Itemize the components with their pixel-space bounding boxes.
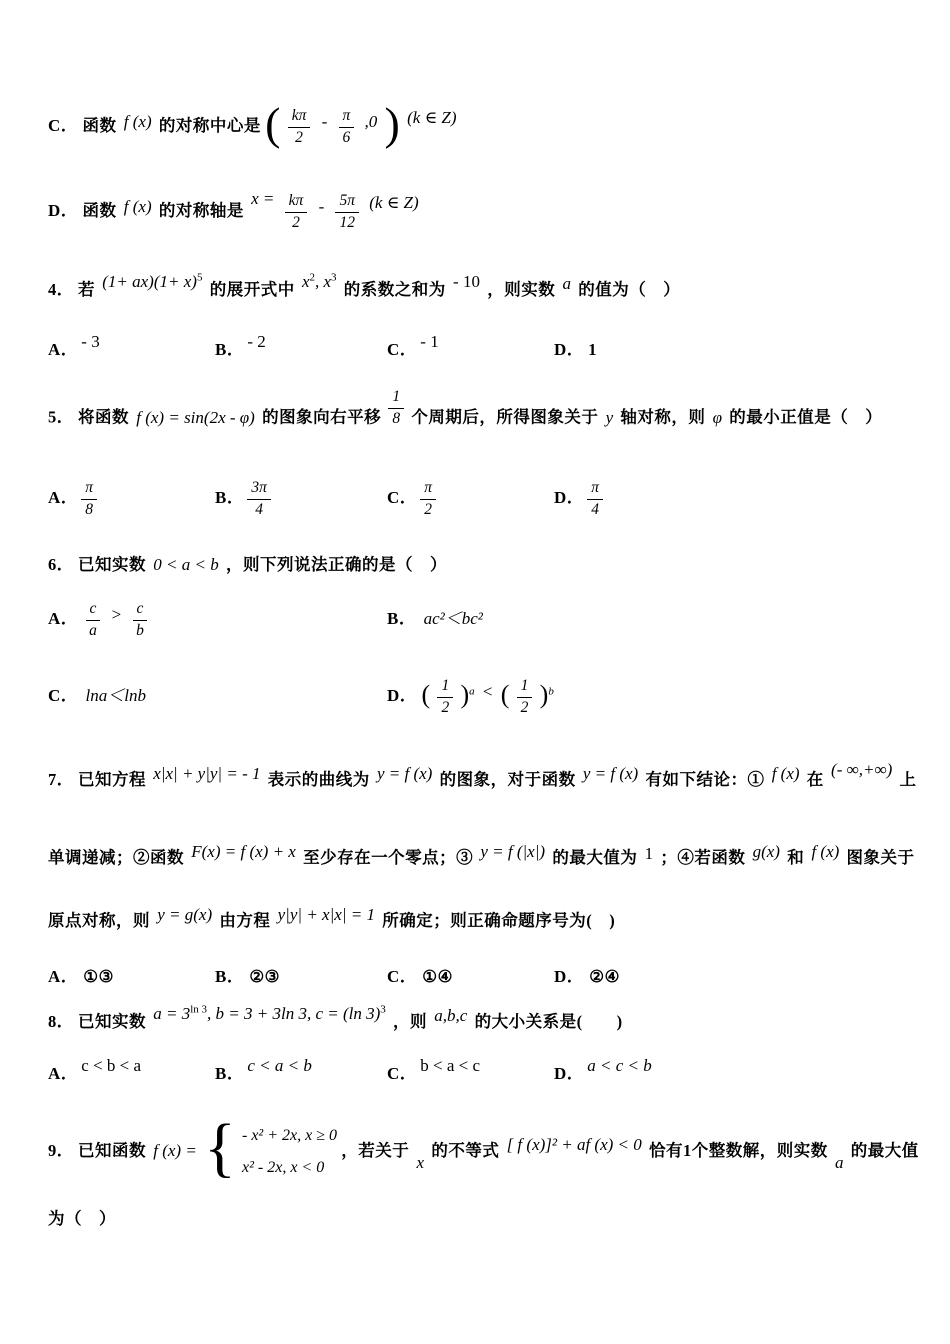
question-9-stem: 9． 已知函数 f (x) = { - x² + 2x, x ≥ 0 x² - … [48, 1110, 919, 1192]
option-b: B．②③ [215, 962, 280, 992]
stem-text: 的最大值 [851, 1141, 919, 1160]
math-inequality: 0 < a < b [153, 555, 218, 574]
math-expression: ac²＜bc² [424, 609, 483, 628]
option-c: C． lna＜lnb [48, 666, 149, 726]
question-3-option-d: D． 函数 f (x) 的对称轴是 x = kπ2 - 5π12 (k ∈ Z) [48, 180, 422, 242]
left-paren: ( [265, 98, 280, 149]
stem-text: ，则 [393, 1012, 427, 1031]
right-paren: ) [385, 98, 400, 149]
question-number: 7． [48, 770, 74, 789]
math-yfx: y = f (x) [377, 752, 432, 796]
fraction: 5π12 [335, 192, 359, 232]
minus-sign: - [322, 91, 328, 153]
fraction: 12 [437, 677, 453, 717]
stem-text: 恰有1个整数解，则实数 [649, 1141, 828, 1160]
case-2: x² - 2x, x < 0 [242, 1152, 337, 1184]
math-kz: (k ∈ Z) [407, 87, 456, 149]
math-equation: x|x| + y|y| = - 1 [153, 752, 260, 796]
question-8-stem: 8． 已知实数 a = 3ln 3, b = 3 + 3ln 3, c = (l… [48, 1000, 623, 1044]
option-b: B．- 2 [215, 333, 269, 367]
fraction: π2 [420, 479, 436, 519]
math-yfabsx: y = f (|x|) [480, 830, 545, 874]
option-c: C．b < a < c [387, 1052, 483, 1096]
question-8-options: A．c < b < a B．c < a < b C．b < a < c D．a … [0, 1052, 950, 1096]
stem-text: 的图象，对于函数 [440, 770, 576, 789]
option-d: D． ( 12 )a < ( 12 )b [387, 666, 554, 726]
option-letter: C． [48, 116, 78, 135]
case-1: - x² + 2x, x ≥ 0 [242, 1120, 337, 1152]
option-d: D．②④ [554, 962, 620, 992]
stem-text: 已知实数 [78, 1012, 146, 1031]
math-fx: f (x) [124, 176, 152, 238]
stem-text: 的图象向右平移 [262, 408, 381, 427]
stem-text: 的值为（ ） [578, 280, 680, 299]
question-number: 8． [48, 1012, 74, 1031]
option-a: A．①③ [48, 962, 114, 992]
stem-text: ，则实数 [487, 280, 555, 299]
math-interval: (- ∞,+∞) [831, 748, 892, 792]
exponent-a: a [469, 685, 475, 697]
math-abc: a,b,c [434, 994, 467, 1038]
math-fx: f (x) [772, 752, 800, 796]
question-5-options: A．π8 B．3π4 C．π2 D．π4 [0, 470, 950, 526]
option-b: B．3π4 [215, 470, 274, 526]
option-b: B．c < a < b [215, 1052, 315, 1096]
fraction: π8 [81, 479, 97, 519]
stem-text: 上 [900, 770, 917, 789]
option-a: A．c < b < a [48, 1052, 144, 1096]
fraction-one-eighth: 18 [388, 388, 404, 428]
stem-text: 将函数 [78, 408, 129, 427]
stem-text: 的展开式中 [210, 280, 295, 299]
option-c: C．- 1 [387, 333, 442, 367]
fraction: π4 [587, 479, 603, 519]
greater-than-sign: > [112, 588, 122, 642]
math-abc-defs: a = 3ln 3, b = 3 + 3ln 3, c = (ln 3)3 [153, 992, 386, 1036]
math-expression: lna＜lnb [86, 686, 146, 705]
right-paren: ) [540, 680, 549, 709]
fraction: ca [86, 600, 101, 640]
stem-text: 和 [787, 848, 804, 867]
question-4-options: A．- 3 B．- 2 C．- 1 D．1 [0, 333, 950, 367]
math-Fx: F(x) = f (x) + x [191, 830, 296, 874]
stem-text: 至少存在一个零点；③ [303, 848, 473, 867]
question-number: 9． [48, 1141, 74, 1160]
question-7-line-2: 单调递减；②函数 F(x) = f (x) + x 至少存在一个零点；③ y =… [48, 836, 915, 880]
math-x: x [417, 1122, 425, 1204]
question-7-line-3: 原点对称，则 y = g(x) 由方程 y|y| + x|x| = 1 所确定；… [48, 899, 615, 943]
option-letter: D． [48, 201, 78, 220]
left-paren: ( [501, 680, 510, 709]
question-6-options-ab: A． ca > cb B． ac²＜bc² [0, 592, 950, 646]
stem-text: 函数 [83, 201, 117, 220]
question-7-options: A．①③ B．②③ C．①④ D．②④ [0, 962, 950, 992]
stem-text: 的最大值为 [552, 848, 637, 867]
exponent-b: b [548, 685, 554, 697]
math-fx: f (x) [811, 830, 839, 874]
math-fx: f (x) [124, 91, 152, 153]
math-value: - 10 [453, 262, 480, 302]
stem-text: 图象关于 [847, 848, 915, 867]
option-b: B． ac²＜bc² [387, 592, 486, 646]
question-7-line-1: 7． 已知方程 x|x| + y|y| = - 1 表示的曲线为 y = f (… [48, 758, 917, 802]
option-a: A．- 3 [48, 333, 103, 367]
stem-text: 单调递减；②函数 [48, 848, 184, 867]
math-kz: (k ∈ Z) [369, 172, 418, 234]
stem-text: 的对称轴是 [159, 201, 244, 220]
minus-sign: - [319, 176, 325, 238]
math-ygx: y = g(x) [157, 893, 212, 937]
stem-text: 已知实数 [78, 555, 146, 574]
question-6-stem: 6． 已知实数 0 < a < b ，则下列说法正确的是（ ） [48, 550, 447, 580]
fraction: 3π4 [247, 479, 271, 519]
math-terms: x2, x3 [302, 262, 337, 302]
formula-symmetry-axis: x = kπ2 - 5π12 (k ∈ Z) [248, 201, 422, 220]
math-x-equals: x = [251, 168, 274, 230]
stem-text: 为（ ） [48, 1209, 116, 1228]
stem-text: 的大小关系是( ) [475, 1012, 623, 1031]
fraction: kπ2 [288, 107, 311, 147]
stem-text: ，若关于 [341, 1141, 409, 1160]
math-a: a [835, 1122, 844, 1204]
math-equation: y|y| + x|x| = 1 [278, 893, 375, 937]
option-d: D．1 [554, 333, 597, 367]
fraction: cb [133, 600, 148, 640]
fraction: π6 [339, 107, 355, 147]
piecewise-cases: - x² + 2x, x ≥ 0 x² - 2x, x < 0 [242, 1120, 337, 1184]
left-paren: ( [422, 680, 431, 709]
cases-brace: { [204, 1111, 236, 1184]
question-9-line-2: 为（ ） [48, 1204, 116, 1234]
math-yfx: y = f (x) [583, 752, 638, 796]
math-binomial: (1+ ax)(1+ x)5 [102, 262, 202, 302]
less-than-sign: < [483, 662, 493, 722]
fraction: kπ2 [285, 192, 308, 232]
stem-text: 已知方程 [78, 770, 146, 789]
stem-text: 轴对称，则 [620, 408, 705, 427]
option-d: D．π4 [554, 470, 606, 526]
math-rest: ,0 [365, 91, 378, 153]
math-function: f (x) = sin(2x - φ) [136, 408, 255, 427]
math-inequality: [ f (x)]² + af (x) < 0 [507, 1104, 642, 1186]
stem-text: 原点对称，则 [48, 911, 150, 930]
math-fx-equals: f (x) = [153, 1141, 197, 1160]
question-number: 5． [48, 408, 74, 427]
stem-text: 有如下结论：① [645, 770, 764, 789]
option-d: D．a < c < b [554, 1052, 655, 1096]
formula-symmetry-center: ( kπ2 - π6 ,0 ) (k ∈ Z) [265, 116, 459, 135]
stem-text: 若 [78, 280, 95, 299]
math-phi: φ [713, 408, 722, 427]
question-6-options-cd: C． lna＜lnb D． ( 12 )a < ( 12 )b [0, 666, 950, 726]
stem-text: 个周期后，所得图象关于 [411, 408, 598, 427]
question-3-option-c: C． 函数 f (x) 的对称中心是 ( kπ2 - π6 ,0 ) (k ∈ … [48, 95, 460, 157]
option-c: C．π2 [387, 470, 439, 526]
stem-text: 在 [807, 770, 824, 789]
question-number: 6． [48, 555, 74, 574]
stem-text: 所确定；则正确命题序号为( ) [382, 911, 615, 930]
option-a: A．π8 [48, 470, 100, 526]
question-5-stem: 5． 将函数 f (x) = sin(2x - φ) 的图象向右平移 18 个周… [48, 388, 882, 440]
option-c: C．①④ [387, 962, 453, 992]
fraction: 12 [517, 677, 533, 717]
math-y: y [606, 408, 614, 427]
math-a: a [562, 264, 571, 304]
stem-text: ，则下列说法正确的是（ ） [226, 555, 447, 574]
stem-text: 由方程 [219, 911, 270, 930]
right-paren: ) [460, 680, 469, 709]
question-number: 4． [48, 280, 74, 299]
stem-text: 已知函数 [78, 1141, 146, 1160]
stem-text: 的不等式 [431, 1141, 499, 1160]
question-4-stem: 4． 若 (1+ ax)(1+ x)5 的展开式中 x2, x3 的系数之和为 … [48, 270, 680, 310]
stem-text: 的最小正值是（ ） [729, 408, 882, 427]
math-one: 1 [645, 832, 654, 876]
option-a: A． ca > cb [48, 592, 150, 646]
math-gx: g(x) [753, 830, 780, 874]
stem-text: 表示的曲线为 [268, 770, 370, 789]
stem-text: 的系数之和为 [344, 280, 446, 299]
stem-text: ；④若函数 [660, 848, 745, 867]
exam-page: { "page": { "background": "#ffffff", "te… [0, 0, 950, 1344]
stem-text: 的对称中心是 [159, 116, 261, 135]
stem-text: 函数 [83, 116, 117, 135]
